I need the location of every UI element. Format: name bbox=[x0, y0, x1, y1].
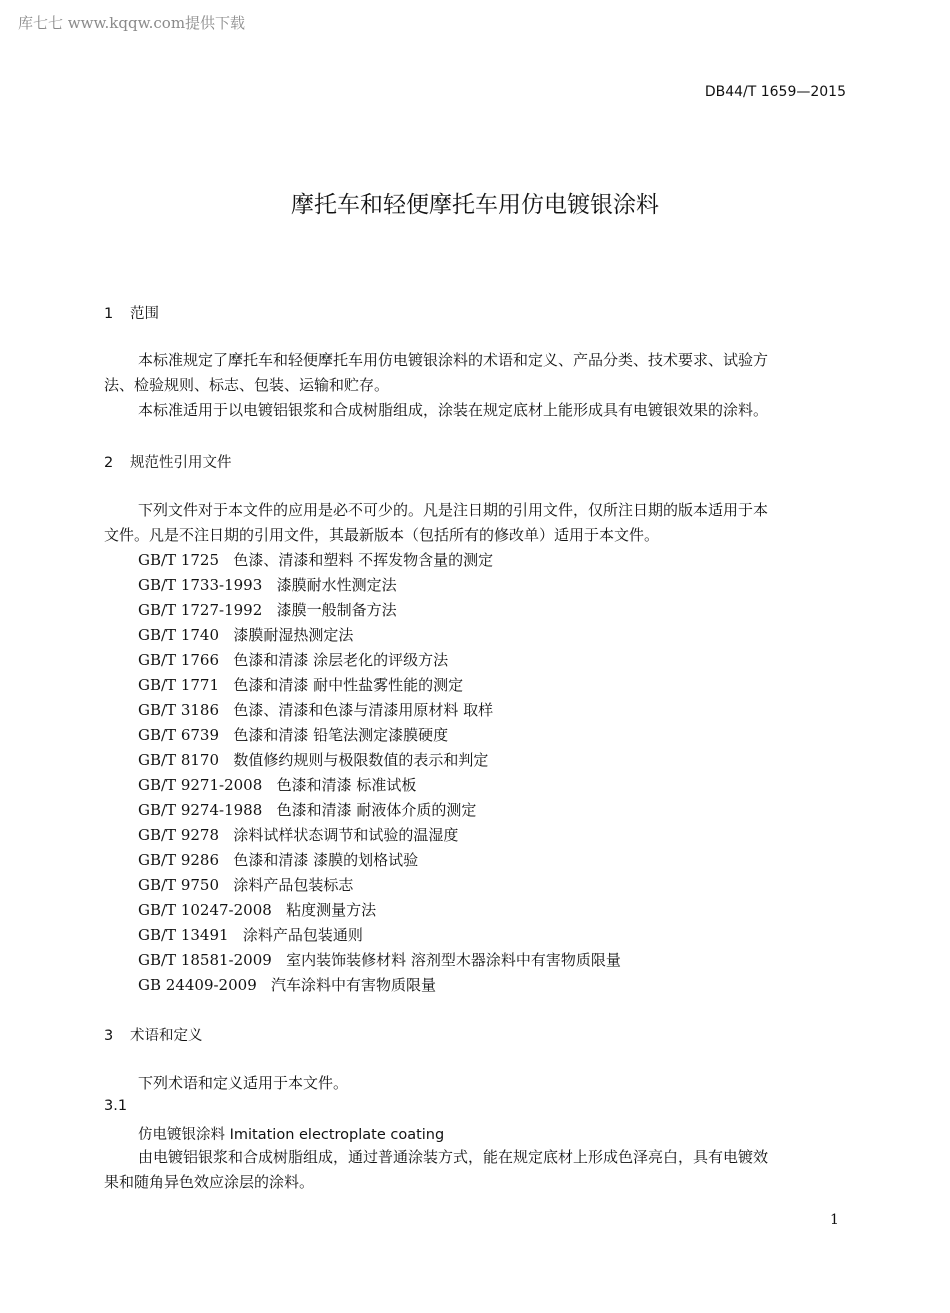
reference-code: GB 24409-2009 bbox=[138, 976, 257, 994]
term-definition-line-1: 由电镀铝银浆和合成树脂组成，通过普通涂装方式，能在规定底材上形成色泽亮白，具有电… bbox=[138, 1146, 768, 1167]
reference-code: GB/T 3186 bbox=[138, 701, 219, 719]
reference-title: 色漆、清漆和塑料 不挥发物含量的测定 bbox=[233, 551, 493, 569]
section-2-heading: 2规范性引用文件 bbox=[104, 451, 232, 472]
reference-title: 涂料试样状态调节和试验的温湿度 bbox=[233, 826, 458, 844]
reference-item: GB/T 9271-2008 色漆和清漆 标准试板 bbox=[138, 774, 416, 795]
scope-paragraph-line-1: 本标准规定了摩托车和轻便摩托车用仿电镀银涂料的术语和定义、产品分类、技术要求、试… bbox=[138, 349, 768, 370]
reference-code: GB/T 8170 bbox=[138, 751, 219, 769]
reference-item: GB/T 6739 色漆和清漆 铅笔法测定漆膜硬度 bbox=[138, 724, 448, 745]
clause-number: 3.1 bbox=[104, 1098, 127, 1114]
reference-item: GB/T 1727-1992 漆膜一般制备方法 bbox=[138, 599, 397, 620]
reference-code: GB/T 10247-2008 bbox=[138, 901, 272, 919]
reference-code: GB/T 13491 bbox=[138, 926, 229, 944]
section-number: 1 bbox=[104, 306, 130, 322]
section-title: 规范性引用文件 bbox=[130, 455, 232, 471]
section-title: 术语和定义 bbox=[130, 1028, 203, 1044]
reference-code: GB/T 18581-2009 bbox=[138, 951, 272, 969]
reference-title: 涂料产品包装通则 bbox=[243, 926, 363, 944]
reference-item: GB/T 9286 色漆和清漆 漆膜的划格试验 bbox=[138, 849, 418, 870]
reference-title: 色漆和清漆 铅笔法测定漆膜硬度 bbox=[233, 726, 448, 744]
reference-title: 汽车涂料中有害物质限量 bbox=[271, 976, 436, 994]
references-paragraph-line-1: 下列文件对于本文件的应用是必不可少的。凡是注日期的引用文件，仅所注日期的版本适用… bbox=[138, 499, 768, 520]
reference-code: GB/T 9750 bbox=[138, 876, 219, 894]
reference-item: GB 24409-2009 汽车涂料中有害物质限量 bbox=[138, 974, 436, 995]
reference-code: GB/T 6739 bbox=[138, 726, 219, 744]
reference-item: GB/T 1771 色漆和清漆 耐中性盐雾性能的测定 bbox=[138, 674, 463, 695]
reference-title: 色漆、清漆和色漆与清漆用原材料 取样 bbox=[233, 701, 493, 719]
reference-title: 漆膜一般制备方法 bbox=[277, 601, 397, 619]
reference-item: GB/T 3186 色漆、清漆和色漆与清漆用原材料 取样 bbox=[138, 699, 493, 720]
reference-code: GB/T 1727-1992 bbox=[138, 601, 262, 619]
references-paragraph-line-2: 文件。凡是不注日期的引用文件，其最新版本（包括所有的修改单）适用于本文件。 bbox=[104, 524, 659, 545]
term-name: 仿电镀银涂料 Imitation electroplate coating bbox=[138, 1123, 444, 1144]
reference-title: 色漆和清漆 漆膜的划格试验 bbox=[233, 851, 418, 869]
page-number: 1 bbox=[830, 1212, 839, 1228]
reference-item: GB/T 8170 数值修约规则与极限数值的表示和判定 bbox=[138, 749, 488, 770]
section-title: 范围 bbox=[130, 306, 159, 322]
reference-item: GB/T 10247-2008 粘度测量方法 bbox=[138, 899, 376, 920]
reference-code: GB/T 1733-1993 bbox=[138, 576, 262, 594]
section-3-heading: 3术语和定义 bbox=[104, 1024, 203, 1045]
reference-code: GB/T 1766 bbox=[138, 651, 219, 669]
reference-title: 漆膜耐湿热测定法 bbox=[233, 626, 353, 644]
reference-code: GB/T 1771 bbox=[138, 676, 219, 694]
reference-item: GB/T 1725 色漆、清漆和塑料 不挥发物含量的测定 bbox=[138, 549, 493, 570]
reference-title: 色漆和清漆 标准试板 bbox=[277, 776, 417, 794]
scope-paragraph-2: 本标准适用于以电镀铝银浆和合成树脂组成，涂装在规定底材上能形成具有电镀银效果的涂… bbox=[138, 399, 768, 420]
reference-title: 数值修约规则与极限数值的表示和判定 bbox=[233, 751, 488, 769]
reference-code: GB/T 1740 bbox=[138, 626, 219, 644]
reference-title: 漆膜耐水性测定法 bbox=[277, 576, 397, 594]
watermark: 库七七 www.kqqw.com提供下载 bbox=[18, 12, 245, 33]
reference-item: GB/T 9278 涂料试样状态调节和试验的温湿度 bbox=[138, 824, 458, 845]
reference-title: 色漆和清漆 涂层老化的评级方法 bbox=[233, 651, 448, 669]
document-title: 摩托车和轻便摩托车用仿电镀银涂料 bbox=[0, 186, 950, 219]
reference-item: GB/T 1740 漆膜耐湿热测定法 bbox=[138, 624, 353, 645]
section-number: 2 bbox=[104, 455, 130, 471]
reference-item: GB/T 9750 涂料产品包装标志 bbox=[138, 874, 353, 895]
document-number: DB44/T 1659—2015 bbox=[705, 84, 846, 100]
reference-code: GB/T 1725 bbox=[138, 551, 219, 569]
reference-item: GB/T 1733-1993 漆膜耐水性测定法 bbox=[138, 574, 397, 595]
section-number: 3 bbox=[104, 1028, 130, 1044]
reference-title: 室内装饰装修材料 溶剂型木器涂料中有害物质限量 bbox=[286, 951, 621, 969]
reference-title: 粘度测量方法 bbox=[286, 901, 376, 919]
reference-title: 色漆和清漆 耐中性盐雾性能的测定 bbox=[233, 676, 463, 694]
reference-title: 涂料产品包装标志 bbox=[233, 876, 353, 894]
reference-item: GB/T 13491 涂料产品包装通则 bbox=[138, 924, 363, 945]
reference-code: GB/T 9271-2008 bbox=[138, 776, 262, 794]
reference-item: GB/T 1766 色漆和清漆 涂层老化的评级方法 bbox=[138, 649, 448, 670]
reference-item: GB/T 18581-2009 室内装饰装修材料 溶剂型木器涂料中有害物质限量 bbox=[138, 949, 621, 970]
section-1-heading: 1范围 bbox=[104, 302, 159, 323]
term-definition-line-2: 果和随角异色效应涂层的涂料。 bbox=[104, 1171, 314, 1192]
reference-title: 色漆和清漆 耐液体介质的测定 bbox=[277, 801, 477, 819]
reference-code: GB/T 9278 bbox=[138, 826, 219, 844]
scope-paragraph-line-2: 法、检验规则、标志、包装、运输和贮存。 bbox=[104, 374, 389, 395]
terms-intro: 下列术语和定义适用于本文件。 bbox=[138, 1072, 348, 1093]
reference-item: GB/T 9274-1988 色漆和清漆 耐液体介质的测定 bbox=[138, 799, 476, 820]
reference-code: GB/T 9274-1988 bbox=[138, 801, 262, 819]
reference-code: GB/T 9286 bbox=[138, 851, 219, 869]
